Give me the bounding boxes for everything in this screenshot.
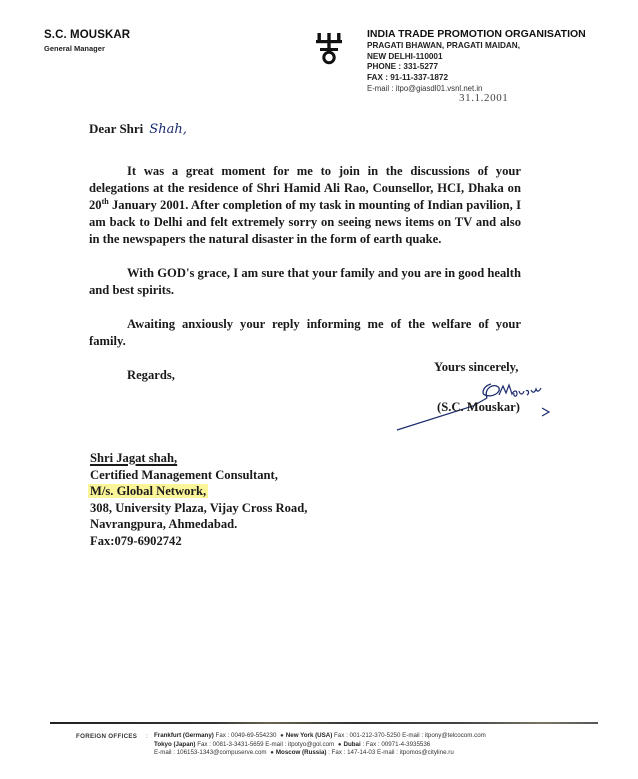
recipient-address-block: Shri Jagat shah, Certified Management Co… <box>90 450 307 549</box>
salutation-prefix: Dear Shri <box>89 121 143 136</box>
body-paragraph-3: Awaiting anxiously your reply informing … <box>89 316 521 350</box>
recipient-designation: Certified Management Consultant, <box>90 467 307 484</box>
valediction: Yours sincerely, <box>434 360 518 375</box>
office-dubai: Dubai <box>344 741 361 748</box>
bullet-icon: ● <box>280 733 284 739</box>
office-moscow: Moscow (Russia) <box>276 749 327 756</box>
signer-name: (S.C. Mouskar) <box>437 400 520 415</box>
organisation-fax: FAX : 91-11-337-1872 <box>367 74 586 82</box>
sender-title: General Manager <box>44 44 105 53</box>
organisation-phone: PHONE : 331-5277 <box>367 63 586 71</box>
body-paragraph-1-part2: January 2001. After completion of my tas… <box>89 198 521 246</box>
footer-colon: : <box>146 733 148 740</box>
footer-label: FOREIGN OFFICES <box>76 733 137 740</box>
foreign-offices-line-3: E-mail : 106153-1343@compuserve.com ●Mos… <box>154 749 486 758</box>
office-new-york: New York (USA) <box>286 732 333 739</box>
sender-name: S.C. MOUSKAR <box>44 29 130 41</box>
office-tokyo: Tokyo (Japan) <box>154 741 195 748</box>
body-paragraph-2: With GOD's grace, I am sure that your fa… <box>89 265 521 299</box>
salutation-handwritten-name: Shah, <box>149 122 187 137</box>
ordinal-suffix: th <box>102 197 109 206</box>
office-compuserve-email: E-mail : 106153-1343@compuserve.com <box>154 749 268 756</box>
office-tokyo-contact: Fax : 0081-3-3431-5659 E-mail : itpotyo@… <box>195 741 335 748</box>
organisation-address-line1: PRAGATI BHAWAN, PRAGATI MAIDAN, <box>367 42 586 50</box>
foreign-offices-line-2: Tokyo (Japan) Fax : 0081-3-3431-5659 E-m… <box>154 741 486 750</box>
office-frankfurt-contact: Fax : 0049-69-554230 <box>214 732 278 739</box>
foreign-offices-list: Frankfurt (Germany) Fax : 0049-69-554230… <box>154 732 486 758</box>
organisation-letterhead: INDIA TRADE PROMOTION ORGANISATION PRAGA… <box>367 29 586 93</box>
office-new-york-contact: Fax : 001-212-370-5250 E-mail : itpony@t… <box>332 732 485 739</box>
body-paragraph-1: It was a great moment for me to join in … <box>89 163 521 248</box>
salutation: Dear ShriShah, <box>89 121 187 137</box>
bullet-icon: ● <box>270 750 274 756</box>
itpo-emblem-icon <box>314 31 344 65</box>
bullet-icon: ● <box>338 742 342 748</box>
office-dubai-contact: : Fax : 00971-4-3935536 <box>361 741 431 748</box>
office-frankfurt: Frankfurt (Germany) <box>154 732 214 739</box>
recipient-company: M/s. Global Network, <box>88 484 208 498</box>
office-moscow-contact: : Fax : 147-14-03 E-mail : itpomos@cityl… <box>326 749 453 756</box>
recipient-address-line2: Navrangpura, Ahmedabad. <box>90 516 307 533</box>
foreign-offices-line-1: Frankfurt (Germany) Fax : 0049-69-554230… <box>154 732 486 741</box>
organisation-address-line2: NEW DELHI-110001 <box>367 53 586 61</box>
recipient-name: Shri Jagat shah, <box>90 450 307 467</box>
letter-date: 31.1.2001 <box>459 92 508 104</box>
footer-divider <box>50 722 598 724</box>
recipient-address-line1: 308, University Plaza, Vijay Cross Road, <box>90 500 307 517</box>
recipient-fax: Fax:079-6902742 <box>90 533 307 550</box>
organisation-name: INDIA TRADE PROMOTION ORGANISATION <box>367 29 586 40</box>
